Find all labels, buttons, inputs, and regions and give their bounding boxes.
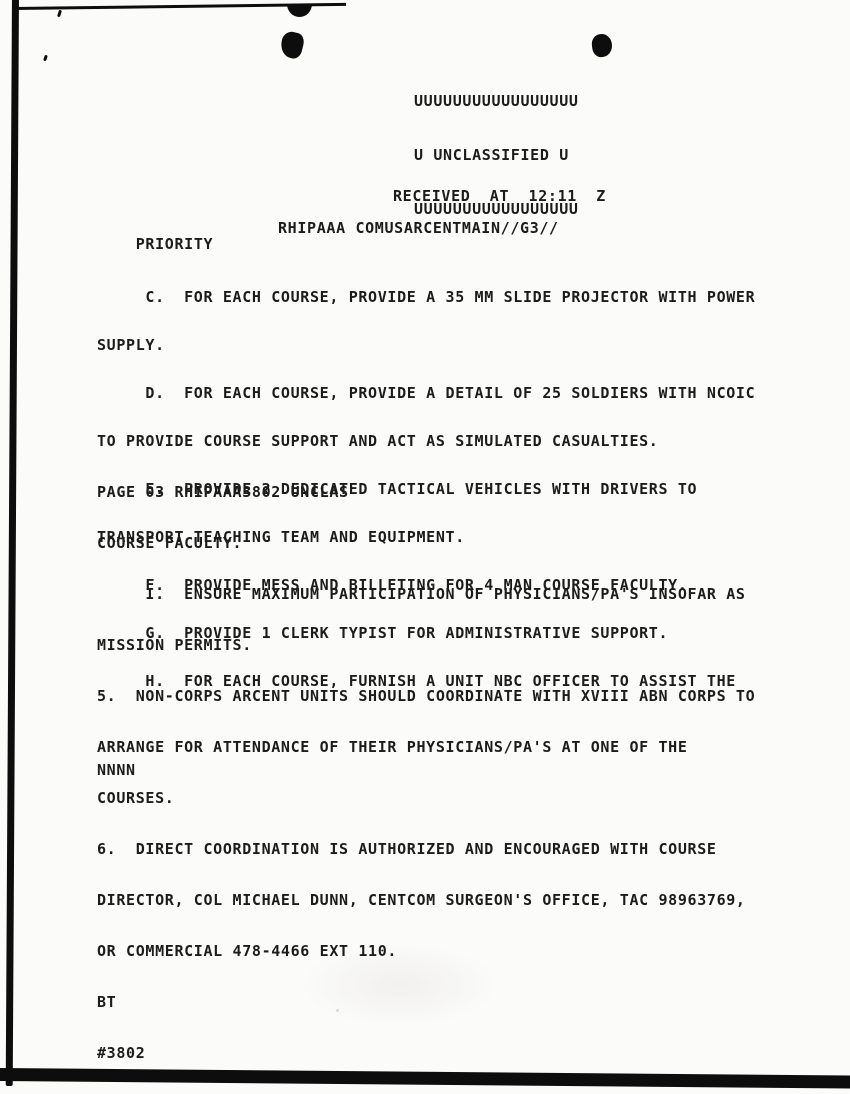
body-line: DIRECTOR, COL MICHAEL DUNN, CENTCOM SURG… [97,892,755,909]
end-of-transmission: NNNN [97,762,136,778]
body-line: 5. NON-CORPS ARCENT UNITS SHOULD COORDIN… [97,688,755,705]
body-line: SUPPLY. [97,337,755,353]
body-line: OR COMMERCIAL 478-4466 EXT 110. [97,943,755,960]
body-line: TO PROVIDE COURSE SUPPORT AND ACT AS SIM… [97,433,755,449]
banner-line-middle: U UNCLASSIFIED U [414,146,579,164]
ink-speck-left [43,55,48,62]
page-header-line: PAGE 03 RHIPAAA3802 UNCLAS [97,484,755,501]
message-number: #3802 [97,1045,755,1062]
ink-blot-left-icon [278,30,306,61]
scan-edge-bar-left [6,0,19,1086]
body-line: 6. DIRECT COORDINATION IS AUTHORIZED AND… [97,841,755,858]
bt-terminator: BT [97,994,755,1011]
body-line: COURSES. [97,790,755,807]
ink-speck-top [57,10,62,18]
received-timestamp: RECEIVED AT 12:11 Z [393,188,606,204]
ink-blot-right-icon [590,33,613,59]
body-line: I. ENSURE MAXIMUM PARTICIPATION OF PHYSI… [97,586,755,603]
body-line: MISSION PERMITS. [97,637,755,654]
priority-label: PRIORITY [136,235,213,253]
body-line: ARRANGE FOR ATTENDANCE OF THEIR PHYSICIA… [97,739,755,756]
body-line: D. FOR EACH COURSE, PROVIDE A DETAIL OF … [97,385,755,401]
routing-address: RHIPAAA COMUSARCENTMAIN//G3// [278,220,559,236]
message-body-page3: PAGE 03 RHIPAAA3802 UNCLAS COURSE FACULT… [97,450,755,1094]
body-line: COURSE FACULTY. [97,535,755,552]
body-line: C. FOR EACH COURSE, PROVIDE A 35 MM SLID… [97,289,755,305]
banner-line-top: UUUUUUUUUUUUUUUUU [414,92,579,110]
scanned-message-page: UUUUUUUUUUUUUUUUU U UNCLASSIFIED U UUUUU… [0,0,850,1094]
hole-punch-mark-icon [287,4,312,17]
